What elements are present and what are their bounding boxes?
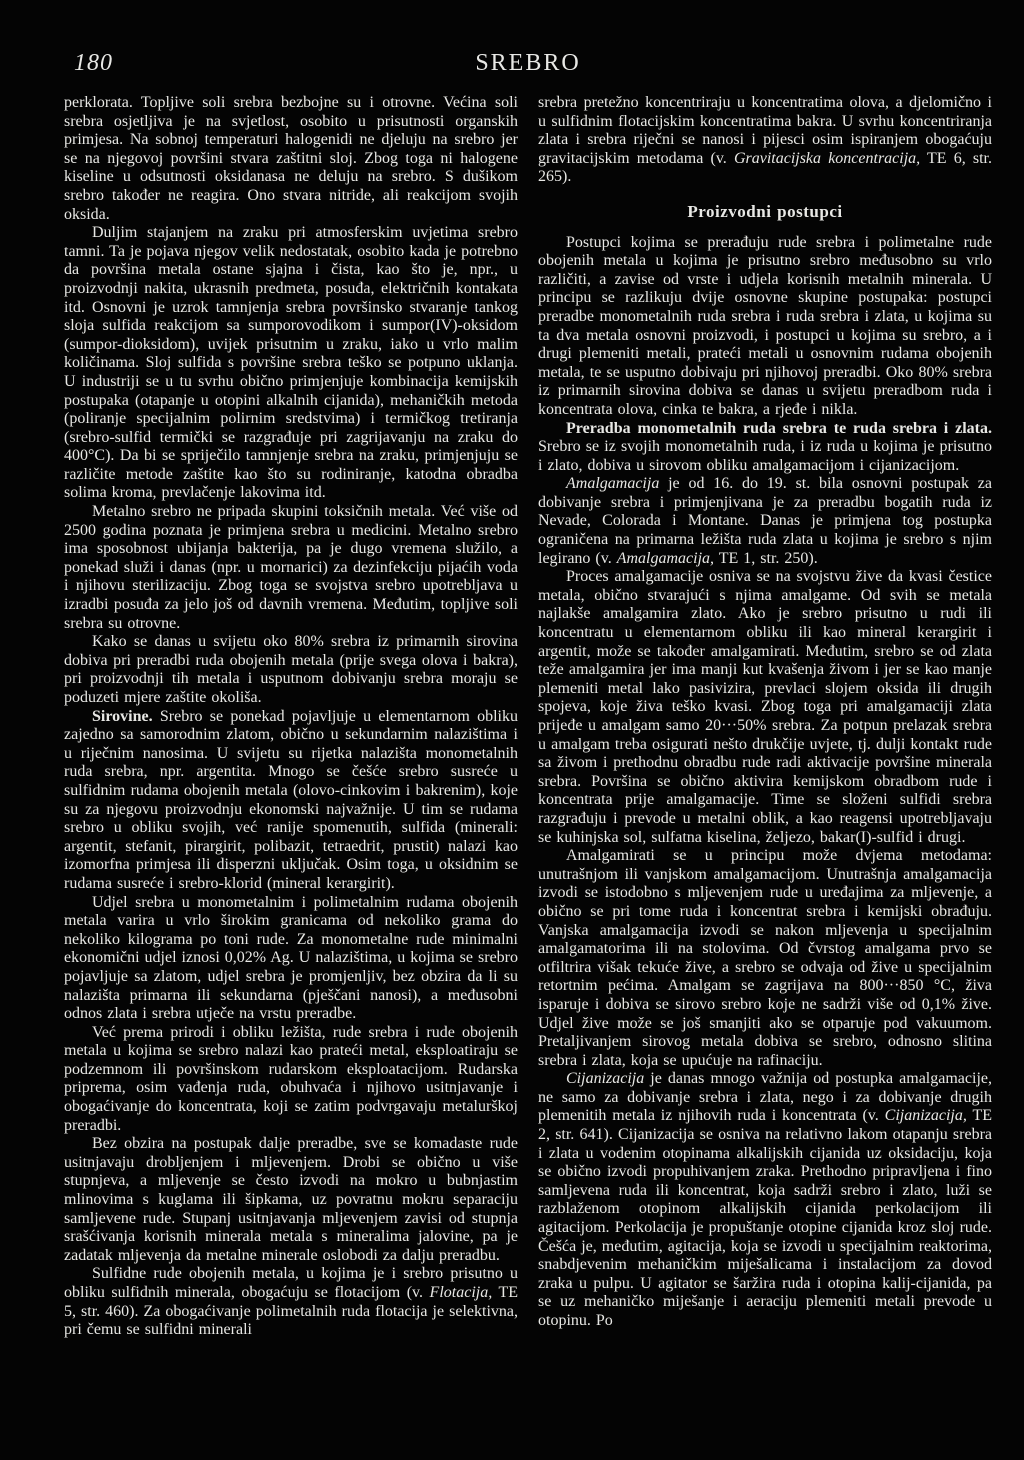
text-run: Srebro se iz svojih monometalnih ruda, i…	[538, 438, 992, 474]
paragraph: Kako se danas u svijetu oko 80% srebra i…	[64, 633, 518, 707]
paragraph: Cijanizacija je danas mnogo važnija od p…	[538, 1070, 992, 1330]
text-run: Duljim stajanjem na zraku pri atmosfersk…	[64, 224, 518, 501]
text-run: Proces amalgamacije osniva se na svojstv…	[538, 568, 992, 845]
bold-lead-run: Preradba monometalnih ruda srebra te rud…	[566, 420, 992, 437]
paragraph: Proces amalgamacije osniva se na svojstv…	[538, 568, 992, 847]
paragraph: Preradba monometalnih ruda srebra te rud…	[538, 420, 992, 476]
text-run: TE 2, str. 641). Cijanizacija se osniva …	[538, 1107, 992, 1329]
italic-lead-run: Cijanizacija	[566, 1070, 644, 1087]
italic-reference-run: Flotacija,	[430, 1284, 493, 1301]
section-heading: Proizvodni postupci	[538, 203, 992, 222]
document-page: 180 SREBRO perklorata. Topljive soli sre…	[0, 0, 1024, 1460]
paragraph: Sulfidne rude obojenih metala, u kojima …	[64, 1265, 518, 1339]
paragraph: Duljim stajanjem na zraku pri atmosfersk…	[64, 224, 518, 503]
text-run: Udjel srebra u monometalnim i polimetaln…	[64, 894, 518, 1023]
paragraph: Udjel srebra u monometalnim i polimetaln…	[64, 894, 518, 1024]
paragraph: Amalgamirati se u principu može dvjema m…	[538, 847, 992, 1070]
page-header: 180 SREBRO	[64, 48, 992, 82]
paragraph: Već prema prirodi i obliku ležišta, rude…	[64, 1024, 518, 1136]
text-run: Amalgamirati se u principu može dvjema m…	[538, 847, 992, 1069]
text-run: perklorata. Topljive soli srebra bezbojn…	[64, 94, 518, 223]
paragraph: Bez obzira na postupak dalje preradbe, s…	[64, 1135, 518, 1265]
text-run: Metalno srebro ne pripada skupini toksič…	[64, 503, 518, 632]
page-title: SREBRO	[64, 50, 992, 77]
text-run: TE 1, str. 250).	[714, 550, 818, 567]
italic-reference-run: Cijanizacija,	[885, 1107, 967, 1124]
italic-reference-run: Amalgamacija,	[617, 550, 714, 567]
paragraph: Postupci kojima se prerađuju rude srebra…	[538, 234, 992, 420]
text-columns: perklorata. Topljive soli srebra bezbojn…	[64, 94, 992, 1340]
text-run: Postupci kojima se prerađuju rude srebra…	[538, 234, 992, 418]
left-column: perklorata. Topljive soli srebra bezbojn…	[64, 94, 518, 1340]
text-run: Kako se danas u svijetu oko 80% srebra i…	[64, 633, 518, 706]
text-run: Srebro se ponekad pojavljuje u elementar…	[64, 708, 518, 892]
right-column: srebra pretežno koncentriraju u koncentr…	[538, 94, 992, 1340]
text-run: Već prema prirodi i obliku ležišta, rude…	[64, 1024, 518, 1134]
text-run: Bez obzira na postupak dalje preradbe, s…	[64, 1135, 518, 1264]
italic-lead-run: Amalgamacija	[566, 475, 659, 492]
paragraph: srebra pretežno koncentriraju u koncentr…	[538, 94, 992, 187]
paragraph: Amalgamacija je od 16. do 19. st. bila o…	[538, 475, 992, 568]
paragraph: Metalno srebro ne pripada skupini toksič…	[64, 503, 518, 633]
bold-lead-run: Sirovine.	[92, 708, 153, 725]
italic-reference-run: Gravitacijska koncentracija,	[734, 150, 920, 167]
paragraph: perklorata. Topljive soli srebra bezbojn…	[64, 94, 518, 224]
paragraph: Sirovine. Srebro se ponekad pojavljuje u…	[64, 708, 518, 894]
